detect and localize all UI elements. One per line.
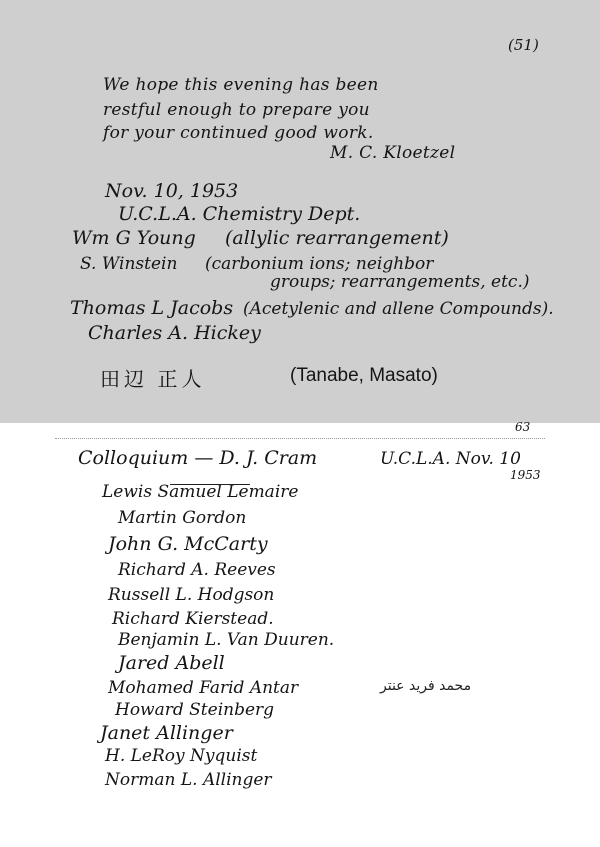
colloquium-year: 1953 bbox=[510, 468, 541, 482]
department: U.C.L.A. Chemistry Dept. bbox=[118, 203, 360, 225]
colloquium-heading: Colloquium — D. J. Cram bbox=[78, 447, 317, 469]
entry-name-4: Charles A. Hickey bbox=[88, 322, 261, 344]
entry-topic-3: (Acetylenic and allene Compounds). bbox=[243, 299, 554, 319]
entry-name-3: Thomas L Jacobs bbox=[70, 297, 233, 319]
signature-3: John G. McCarty bbox=[108, 533, 268, 555]
entry-topic-2: (carbonium ions; neighbor bbox=[205, 254, 433, 274]
signature-6: Richard Kierstead. bbox=[112, 609, 274, 629]
entry-name-1: Wm G Young bbox=[72, 227, 196, 249]
signature-flourish bbox=[170, 484, 250, 485]
signature-10: Howard Steinberg bbox=[115, 700, 274, 720]
signature-1: Lewis Samuel Lemaire bbox=[102, 482, 298, 502]
signature-8: Jared Abell bbox=[118, 652, 225, 674]
ruled-line bbox=[55, 438, 545, 439]
page-number: (51) bbox=[508, 36, 539, 54]
signature-13: Norman L. Allinger bbox=[105, 770, 272, 790]
entry-topic-1: (allylic rearrangement) bbox=[225, 227, 449, 249]
page-number-bottom: 63 bbox=[515, 420, 530, 434]
note-line-3: for your continued good work. bbox=[103, 123, 374, 143]
signature-12: H. LeRoy Nyquist bbox=[105, 746, 257, 766]
signature-4: Richard A. Reeves bbox=[118, 560, 276, 580]
signature-7: Benjamin L. Van Duuren. bbox=[118, 630, 334, 650]
colloquium-place-date: U.C.L.A. Nov. 10 bbox=[380, 449, 521, 469]
note-signature: M. C. Kloetzel bbox=[330, 143, 455, 163]
signature-9: Mohamed Farid Antar bbox=[108, 678, 298, 698]
entry-topic-2-continued: groups; rearrangements, etc.) bbox=[270, 272, 529, 292]
signature-5: Russell L. Hodgson bbox=[108, 585, 274, 605]
signature-11: Janet Allinger bbox=[100, 722, 233, 744]
signature-2: Martin Gordon bbox=[118, 508, 246, 528]
visit-date: Nov. 10, 1953 bbox=[105, 180, 238, 202]
guestbook-page-51: (51) We hope this evening has been restf… bbox=[0, 0, 600, 423]
note-line-1: We hope this evening has been bbox=[103, 75, 379, 95]
note-line-2: restful enough to prepare you bbox=[103, 100, 370, 120]
japanese-name: 田辺 正人 bbox=[100, 363, 206, 392]
japanese-name-romanized: (Tanabe, Masato) bbox=[290, 365, 438, 387]
entry-name-2: S. Winstein bbox=[80, 254, 177, 274]
signature-9-arabic: محمد فريد عنتر bbox=[380, 678, 471, 694]
